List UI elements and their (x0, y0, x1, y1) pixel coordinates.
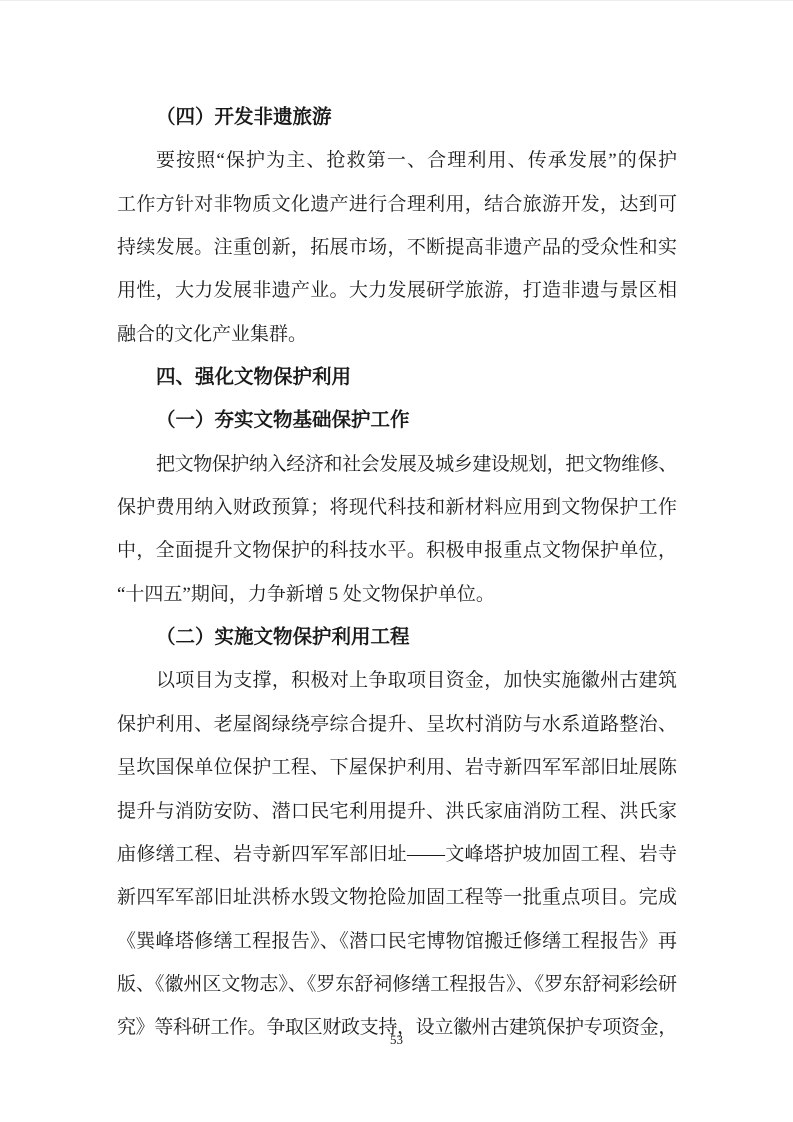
paragraph-line: 工作方针对非物质文化遗产进行合理利用，结合旅游开发，达到可 (117, 183, 677, 226)
heading-level2-implement-protection-projects: （二）实施文物保护利用工程 (117, 616, 677, 659)
paragraph-line: “十四五”期间，力争新增 5 处文物保护单位。 (117, 573, 677, 616)
paragraph-line: 新四军军部旧址洪桥水毁文物抢险加固工程等一批重点项目。完成 (117, 876, 677, 919)
paragraph-line: 呈坎国保单位保护工程、下屋保护利用、岩寺新四军军部旧址展陈 (117, 746, 677, 789)
page-number: 53 (0, 1032, 793, 1048)
heading-level1-strengthen-cultural-relics: 四、强化文物保护利用 (117, 356, 677, 399)
paragraph-line: 融合的文化产业集群。 (117, 313, 677, 356)
paragraph-line: 要按照“保护为主、抢救第一、合理利用、传承发展”的保护 (117, 139, 677, 182)
paragraph-line: 保护费用纳入财政预算；将现代科技和新材料应用到文物保护工作 (117, 486, 677, 529)
paragraph-line: 版、《徽州区文物志》、《罗东舒祠修缮工程报告》、《罗东舒祠彩绘研 (117, 963, 677, 1006)
paragraph-line: 中，全面提升文物保护的科技水平。积极申报重点文物保护单位， (117, 529, 677, 572)
paragraph-line: 保护利用、老屋阁绿绕亭综合提升、呈坎村消防与水系道路整治、 (117, 703, 677, 746)
paragraph-line: 把文物保护纳入经济和社会发展及城乡建设规划，把文物维修、 (117, 443, 677, 486)
paragraph-line: 提升与消防安防、潜口民宅利用提升、洪氏家庙消防工程、洪氏家 (117, 790, 677, 833)
document-content: （四）开发非遗旅游 要按照“保护为主、抢救第一、合理利用、传承发展”的保护 工作… (117, 96, 677, 1050)
paragraph-line: 《巽峰塔修缮工程报告》、《潜口民宅博物馆搬迁修缮工程报告》再 (117, 920, 677, 963)
document-page: （四）开发非遗旅游 要按照“保护为主、抢救第一、合理利用、传承发展”的保护 工作… (0, 0, 793, 1122)
heading-level2-consolidate-basic-protection: （一）夯实文物基础保护工作 (117, 399, 677, 442)
paragraph-line: 庙修缮工程、岩寺新四军军部旧址——文峰塔护坡加固工程、岩寺 (117, 833, 677, 876)
heading-level2-develop-ich-tourism: （四）开发非遗旅游 (117, 96, 677, 139)
paragraph-line: 持续发展。注重创新，拓展市场，不断提高非遗产品的受众性和实 (117, 226, 677, 269)
paragraph-line: 以项目为支撑，积极对上争取项目资金，加快实施徽州古建筑 (117, 659, 677, 702)
paragraph-line: 用性，大力发展非遗产业。大力发展研学旅游，打造非遗与景区相 (117, 269, 677, 312)
